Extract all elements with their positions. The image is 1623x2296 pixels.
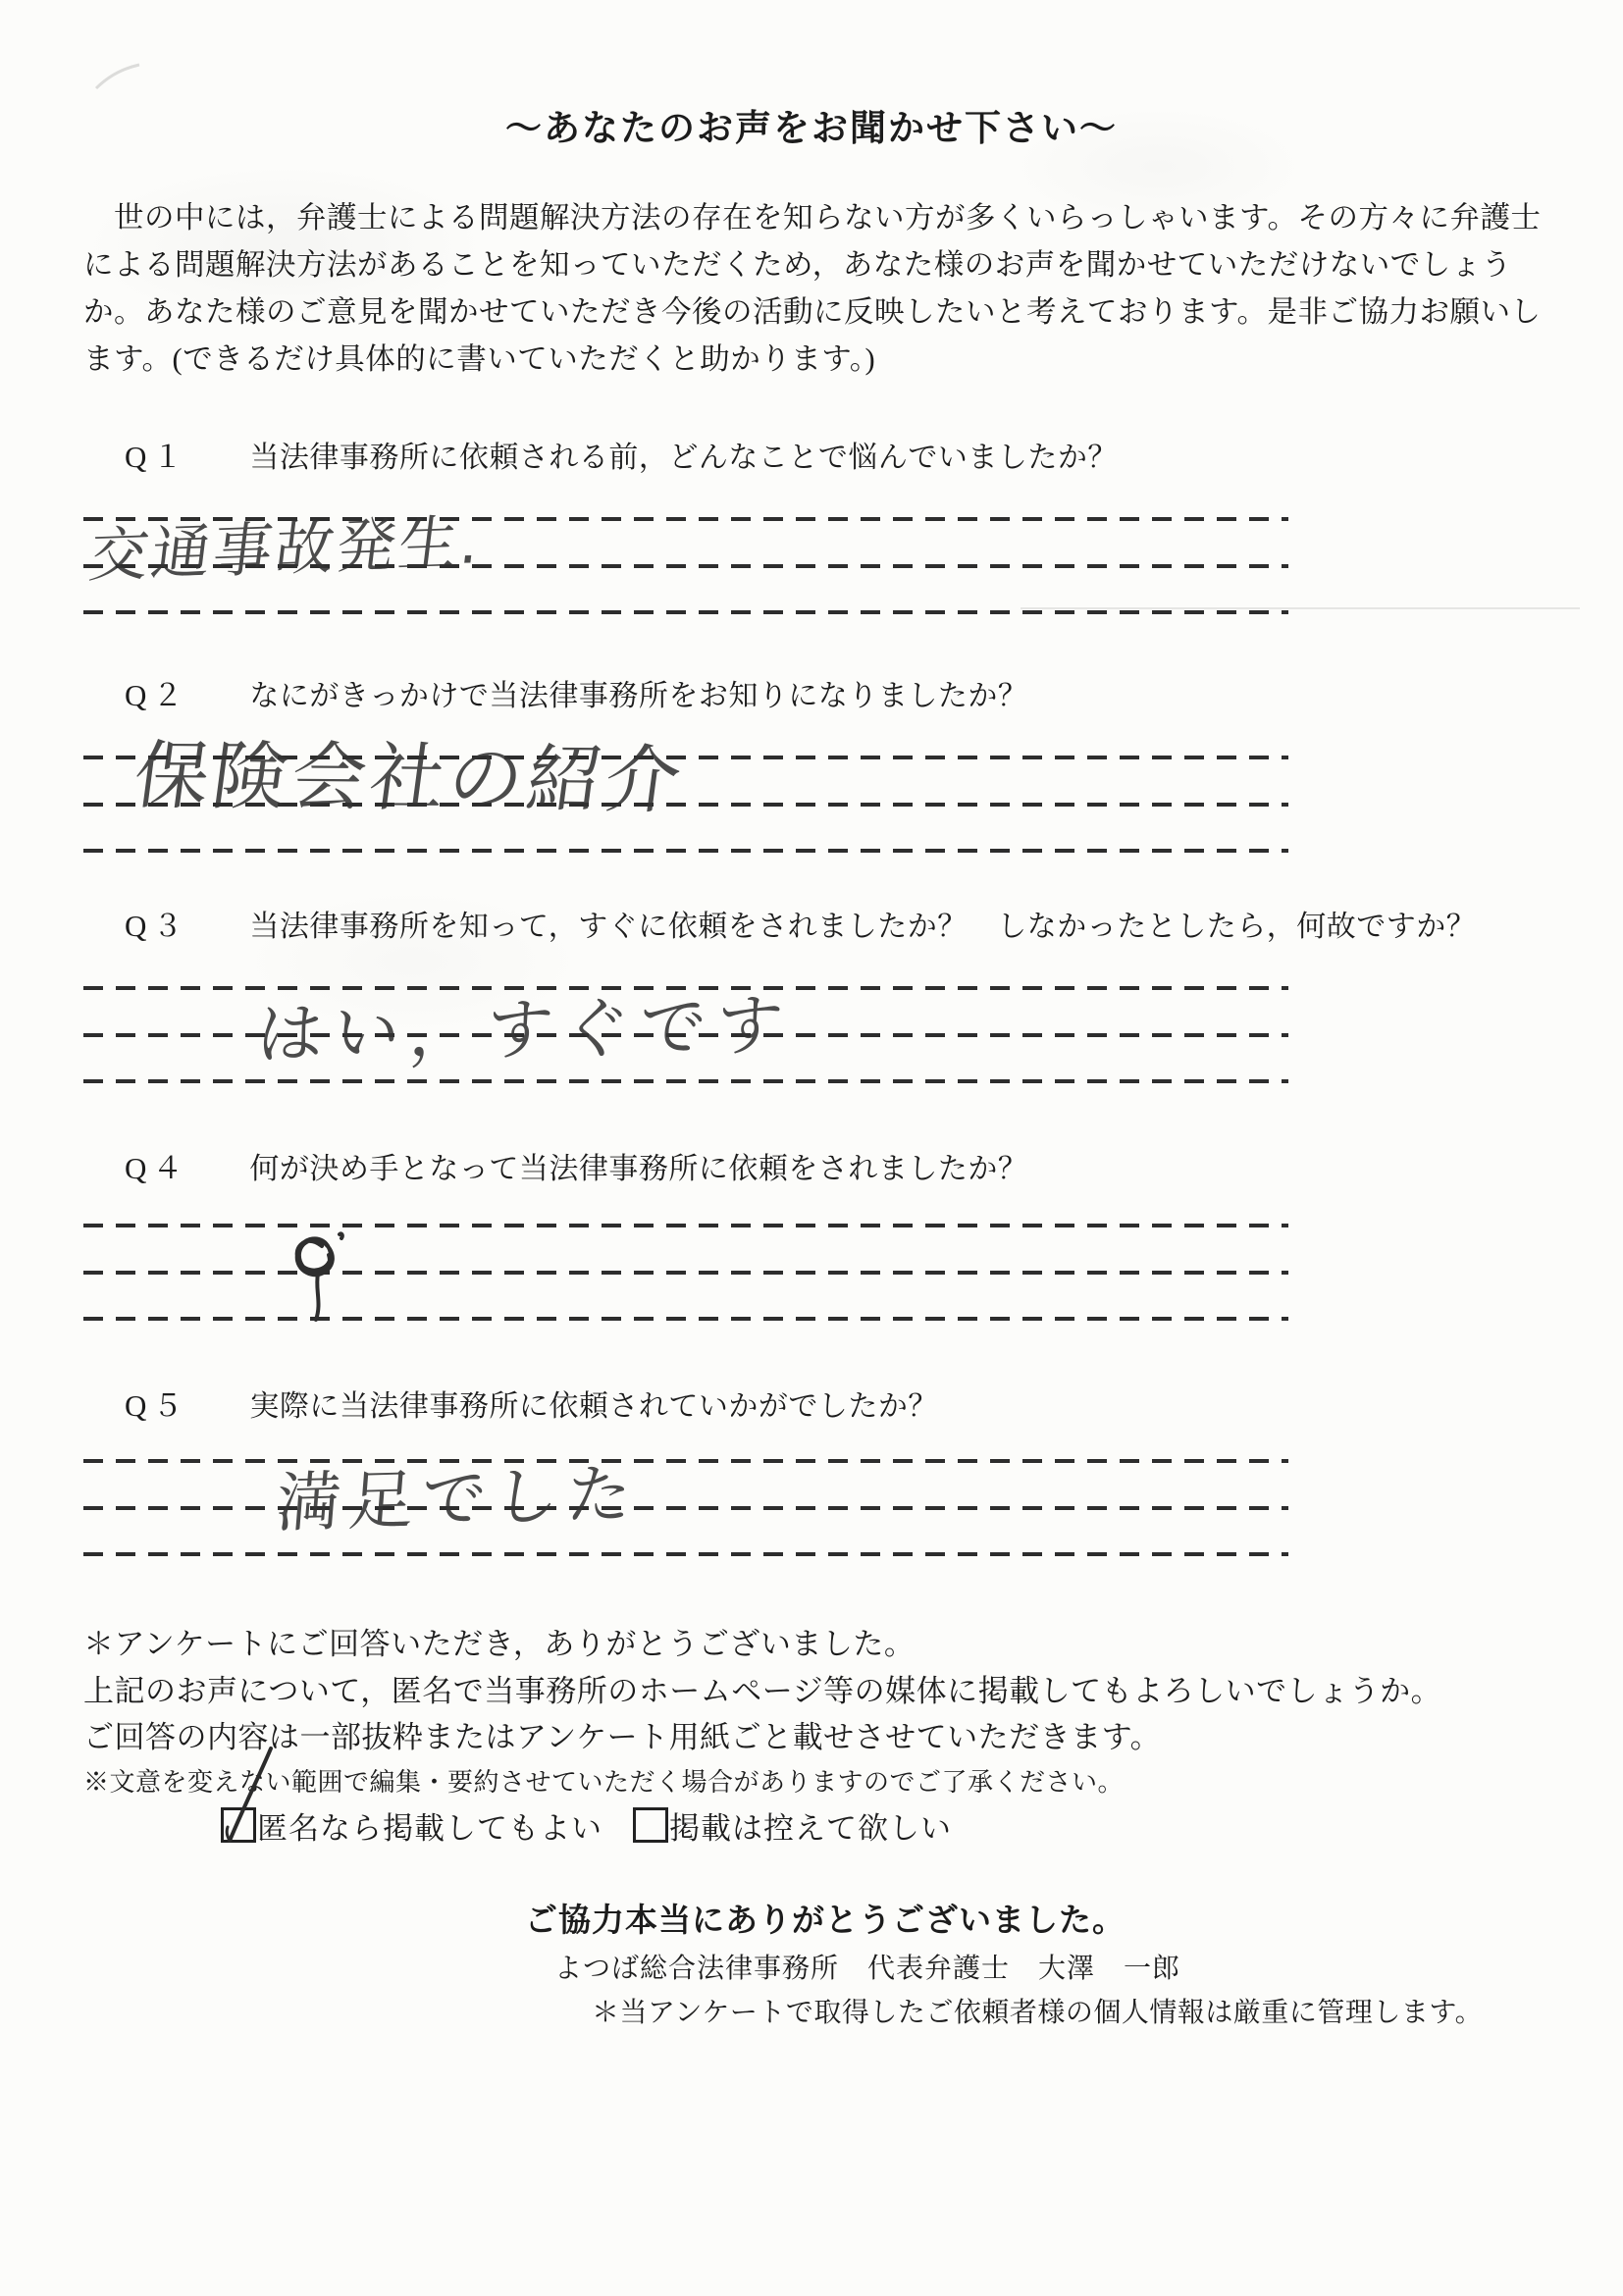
question-label: Q４ [125, 1151, 188, 1185]
handwritten-answer-q2: 保険会社の紹介 [129, 716, 692, 828]
question-label: Q２ [125, 678, 188, 712]
checkbox-decline-label: 掲載は控えて欲しい [669, 1803, 952, 1848]
question-text: 何が決め手となって当法律事務所に依頼をされましたか？ [249, 1153, 1027, 1185]
answer-line [83, 849, 1288, 853]
answer-line [83, 1552, 1288, 1556]
question-text: なにがきっかけで当法律事務所をお知りになりましたか？ [249, 680, 1027, 712]
scan-artifact-line [1021, 607, 1580, 609]
answer-line [83, 1459, 1288, 1463]
scribble-icon [283, 1225, 361, 1332]
handwritten-checkmark-icon [208, 1743, 287, 1852]
survey-scan-document: ～あなたのお声をお聞かせ下さい～ 世の中には，弁護士による問題解決方法の存在を知… [0, 0, 1623, 2296]
privacy-note: ＊当アンケートで取得したご依頼者様の個人情報は厳重に管理します。 [592, 1991, 1483, 2030]
question-block-q4: Q４ 何が決め手となって当法律事務所に依頼をされましたか？ [125, 1143, 1027, 1187]
question-text: 実際に当法律事務所に依頼されていかがでしたか？ [249, 1390, 938, 1423]
checkbox-decline-icon[interactable] [633, 1807, 668, 1843]
checkbox-anonymous-ok-label: 匿名なら掲載してもよい [257, 1803, 602, 1848]
intro-line: か。あなた様のご意見を聞かせていただき今後の活動に反映したいと考えております。是… [83, 287, 1542, 331]
intro-line: 世の中には，弁護士による問題解決方法の存在を知らない方が多くいらっしゃいます。そ… [83, 193, 1542, 236]
question-block-q1: Q１ 当法律事務所に依頼される前，どんなことで悩んでいましたか？ [125, 432, 1118, 476]
question-block-q2: Q２ なにがきっかけで当法律事務所をお知りになりましたか？ [125, 670, 1027, 714]
answer-line [83, 1271, 1288, 1275]
intro-line: ます。(できるだけ具体的に書いていただくと助かります。) [83, 335, 875, 378]
question-block-q5: Q５ 実際に当法律事務所に依頼されていかがでしたか？ [125, 1381, 938, 1425]
handwritten-answer-q5: 満足でした [273, 1441, 643, 1544]
question-label: Q３ [125, 909, 188, 943]
question-block-q3: Q３ 当法律事務所を知って，すぐに依頼をされましたか？ しなかったとしたら，何故… [125, 901, 1476, 945]
handwritten-answer-q1: 交通事故発生. [85, 496, 488, 594]
footer-permission-text: 上記のお声について，匿名で当事務所のホームページ等の媒体に掲載してもよろしいでし… [83, 1666, 1441, 1710]
answer-line [83, 1317, 1288, 1321]
answer-line [83, 1224, 1288, 1227]
intro-line: による問題解決方法があることを知っていただくため，あなた様のお声を聞かせていただ… [83, 240, 1512, 284]
question-text: 当法律事務所を知って，すぐに依頼をされましたか？ しなかったとしたら，何故ですか… [249, 911, 1476, 943]
answer-line [83, 610, 1288, 614]
answer-line [83, 1079, 1288, 1083]
answer-line [83, 1506, 1288, 1510]
closing-thanks: ご協力本当にありがとうございました。 [525, 1895, 1126, 1941]
scan-smudge-mark [88, 59, 147, 98]
question-text: 当法律事務所に依頼される前，どんなことで悩んでいましたか？ [249, 442, 1118, 474]
office-signature: よつば総合法律事務所 代表弁護士 大澤 一郎 [554, 1947, 1180, 1986]
question-label: Q５ [125, 1388, 188, 1423]
footer-thanks-text: ＊アンケートにご回答いただき，ありがとうございました。 [83, 1619, 915, 1663]
handwritten-answer-q3: はい，すぐです [254, 972, 797, 1077]
question-label: Q１ [125, 440, 188, 474]
page-title: ～あなたのお声をお聞かせ下さい～ [0, 98, 1623, 151]
